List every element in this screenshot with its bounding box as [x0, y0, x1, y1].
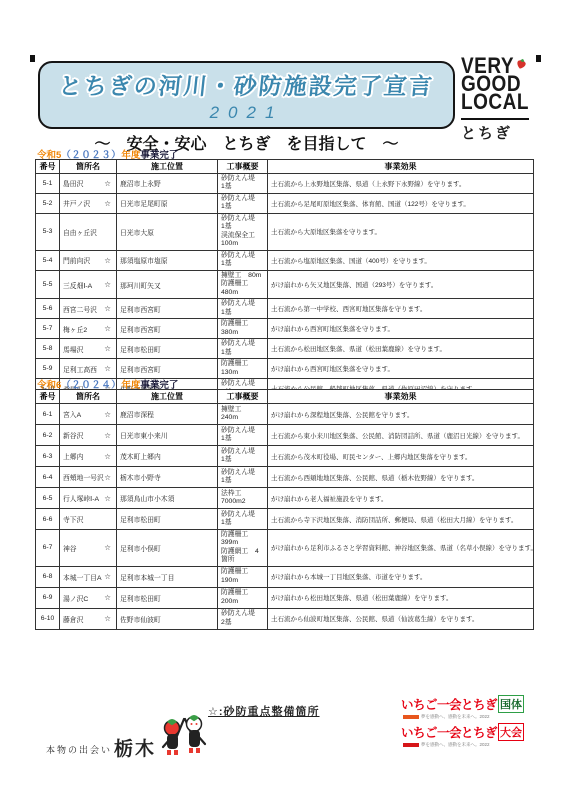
- project-effect: 土石流から西頬地地区集落、公民館、県道（栃木佐野線）を守ります。: [268, 467, 534, 488]
- construction-location: 那須塩原市塩原: [117, 250, 218, 270]
- star-icon: ☆: [104, 431, 113, 440]
- site-name-cell: 上郷内☆: [60, 446, 117, 467]
- vgl-region-text: とちぎ: [461, 122, 539, 143]
- site-name-cell: 新谷沢☆: [60, 425, 117, 446]
- project-effect: がけ崩れから足利市ふるさと学習資料館、神谷地区集落、県道（名草小俣線）を守ります…: [268, 530, 534, 567]
- table-row: 5-8馬場沢☆足利市松田町砂防えん堤 1基土石流から松田地区集落、県道（松田葉鹿…: [36, 339, 534, 359]
- project-effect: 土石流から東小来川地区集落、公民館、消防団詰所、県道（鹿沼日光線）を守ります。: [268, 425, 534, 446]
- table-row: 6-1宮入A☆鹿沼市深程擁壁工 240mがけ崩れから深程地区集落、公民館を守りま…: [36, 404, 534, 425]
- work-summary: 砂防えん堤 1基: [218, 467, 268, 488]
- work-summary: 砂防えん堤 1基: [218, 299, 268, 319]
- project-effect: がけ崩れから松田地区集落、県道（松田葉鹿線）を守ります。: [268, 587, 534, 608]
- table-row: 6-10藤倉沢☆佐野市仙波町砂防えん堤 2基土石流から仙波町地区集落、公民館、県…: [36, 608, 534, 629]
- project-effect: 土石流から茂木町役場、町民センター、上郷内地区集落を守ります。: [268, 446, 534, 467]
- construction-location: 足利市松田町: [117, 509, 218, 530]
- star-icon: ☆: [104, 304, 113, 313]
- site-name-cell: 井戸ノ沢☆: [60, 193, 117, 213]
- brand-name: 栃木: [114, 734, 156, 761]
- work-summary: 砂防えん堤 1基: [218, 250, 268, 270]
- site-name-cell: 寺下沢: [60, 509, 117, 530]
- table-row: 6-8本城一丁目A☆足利市本城一丁目防護柵工 190mがけ崩れから本城一丁目地区…: [36, 566, 534, 587]
- star-icon: ☆: [104, 543, 113, 552]
- site-name-cell: 梅ヶ丘2☆: [60, 319, 117, 339]
- project-effect: 土石流から第一中学校、西宮町地区集落を守ります。: [268, 299, 534, 319]
- site-name-cell: 西頬地一号沢☆: [60, 467, 117, 488]
- site-name: 門前向沢: [63, 255, 90, 265]
- site-name-cell: 神谷☆: [60, 530, 117, 567]
- work-summary: 防護柵工 200m: [218, 587, 268, 608]
- table-row: 5-1島田沢☆鹿沼市上永野砂防えん堤 1基土石流から上永野地区集落、県道（上永野…: [36, 174, 534, 194]
- site-name: 神谷: [63, 543, 77, 553]
- row-number: 5-5: [36, 270, 60, 298]
- construction-location: 鹿沼市深程: [117, 404, 218, 425]
- site-name: 西宮二号沢: [63, 304, 97, 314]
- project-effect: 土石流から塩原地区集落、国道（400号）を守ります。: [268, 250, 534, 270]
- table-row: 6-2新谷沢☆日光市東小来川砂防えん堤 1基土石流から東小来川地区集落、公民館、…: [36, 425, 534, 446]
- project-effect: 土石流から大原地区集落を守ります。: [268, 213, 534, 250]
- construction-location: 日光市東小来川: [117, 425, 218, 446]
- table-header-row: 番号箇所名施工位置工事概要事業効果: [36, 390, 534, 404]
- construction-location: 茂木町上郷内: [117, 446, 218, 467]
- row-number: 5-7: [36, 319, 60, 339]
- row-number: 6-3: [36, 446, 60, 467]
- tochigi-brand-logo: 本物の出会い 栃木: [46, 706, 209, 761]
- project-effect: 土石流から寺下沢地区集落、消防団詰所、郵便局、県道（松田大月線）を守ります。: [268, 509, 534, 530]
- construction-location: 足利市西宮町: [117, 359, 218, 379]
- column-header: 工事概要: [218, 160, 268, 174]
- site-name-cell: 自由ヶ丘沢: [60, 213, 117, 250]
- table-row: 6-9湯ノ沢C☆足利市松田町防護柵工 200mがけ崩れから松田地区集落、県道（松…: [36, 587, 534, 608]
- construction-location: 足利市松田町: [117, 587, 218, 608]
- work-summary: 防護柵工 190m: [218, 566, 268, 587]
- construction-location: 佐野市仙波町: [117, 608, 218, 629]
- taikai-suffix: 大会: [498, 723, 524, 741]
- column-header: 施工位置: [117, 160, 218, 174]
- site-name: 自由ヶ丘沢: [63, 227, 97, 237]
- work-summary: 防護柵工 399m 防護網工 4箇所: [218, 530, 268, 567]
- kokutai-logo-text: いちご一会とちぎ: [401, 695, 497, 713]
- sabo-priority-legend: ☆:砂防重点整備箇所: [208, 703, 320, 719]
- site-name: 上郷内: [63, 451, 83, 461]
- kokutai-slogan: 夢を感動へ、感動を未来へ。2022: [421, 714, 490, 720]
- site-name: 西頬地一号沢: [63, 472, 104, 482]
- row-number: 6-7: [36, 530, 60, 567]
- row-number: 6-1: [36, 404, 60, 425]
- column-header: 事業効果: [268, 160, 534, 174]
- row-number: 5-6: [36, 299, 60, 319]
- project-effect: 土石流から仙波町地区集落、公民館、県道（仙波葛生線）を守ります。: [268, 608, 534, 629]
- site-name-cell: 湯ノ沢C☆: [60, 587, 117, 608]
- row-number: 5-8: [36, 339, 60, 359]
- vgl-local-text: LOCAL: [461, 93, 539, 113]
- table-row: 5-2井戸ノ沢☆日光市足尾町原砂防えん堤 1基土石流から足尾町原地区集落、体育館…: [36, 193, 534, 213]
- site-name: 島田沢: [63, 178, 83, 188]
- row-number: 5-3: [36, 213, 60, 250]
- site-name: 宮入A: [63, 409, 81, 419]
- work-summary: 砂防えん堤 1基: [218, 339, 268, 359]
- column-header: 番号: [36, 160, 60, 174]
- table-row: 5-7梅ヶ丘2☆足利市西宮町防護柵工 380mがけ崩れから西宮町地区集落を守りま…: [36, 319, 534, 339]
- site-name-cell: 三反畑Ⅰ-A☆: [60, 270, 117, 298]
- table-row: 5-9足利工高西☆足利市西宮町防護柵工 130mがけ崩れから西宮町地区集落を守り…: [36, 359, 534, 379]
- star-icon: ☆: [104, 593, 113, 602]
- site-name: 藤倉沢: [63, 614, 83, 624]
- row-number: 6-4: [36, 467, 60, 488]
- site-name: 行人塚峠Ⅰ-A: [63, 493, 99, 503]
- project-effect: がけ崩れから西宮町地区集落を守ります。: [268, 319, 534, 339]
- star-icon: ☆: [104, 256, 113, 265]
- site-name: 馬場沢: [63, 344, 83, 354]
- work-summary: 砂防えん堤 1基: [218, 425, 268, 446]
- construction-location: 那須烏山市小木須: [117, 488, 218, 509]
- work-summary: 擁壁工 240m: [218, 404, 268, 425]
- taikai-logo-text: いちご一会とちぎ: [401, 723, 497, 741]
- row-number: 5-1: [36, 174, 60, 194]
- site-name-cell: 馬場沢☆: [60, 339, 117, 359]
- site-name-cell: 本城一丁目A☆: [60, 566, 117, 587]
- column-header: 施工位置: [117, 390, 218, 404]
- table-row: 5-6西宮二号沢☆足利市西宮町砂防えん堤 1基土石流から第一中学校、西宮町地区集…: [36, 299, 534, 319]
- star-icon: ☆: [104, 452, 113, 461]
- column-header: 事業効果: [268, 390, 534, 404]
- projects-table-2024: 番号箇所名施工位置工事概要事業効果 6-1宮入A☆鹿沼市深程擁壁工 240mがけ…: [35, 389, 534, 630]
- row-number: 6-10: [36, 608, 60, 629]
- table-row: 6-4西頬地一号沢☆栃木市小野寺砂防えん堤 1基土石流から西頬地地区集落、公民館…: [36, 467, 534, 488]
- work-summary: 防護柵工 380m: [218, 319, 268, 339]
- site-name-cell: 宮入A☆: [60, 404, 117, 425]
- construction-location: 那珂川町矢又: [117, 270, 218, 298]
- title-banner: とちぎの河川・砂防施設完了宣言 2021: [38, 61, 455, 129]
- site-name-cell: 島田沢☆: [60, 174, 117, 194]
- taikai-logo: いちご一会とちぎ 大会 夢を感動へ、感動を未来へ。2022: [401, 723, 541, 748]
- row-number: 6-9: [36, 587, 60, 608]
- project-effect: がけ崩れから老人福祉施設を守ります。: [268, 488, 534, 509]
- work-summary: 砂防えん堤 1基: [218, 193, 268, 213]
- ichigo-ichie-logos: いちご一会とちぎ 国体 夢を感動へ、感動を未来へ。2022 いちご一会とちぎ 大…: [401, 695, 541, 751]
- site-name-cell: 足利工高西☆: [60, 359, 117, 379]
- row-number: 6-2: [36, 425, 60, 446]
- site-name: 井戸ノ沢: [63, 198, 90, 208]
- work-summary: 擁壁工 80m 防護柵工 480m: [218, 270, 268, 298]
- site-name: 寺下沢: [63, 514, 83, 524]
- star-icon: ☆: [104, 614, 113, 623]
- column-header: 工事概要: [218, 390, 268, 404]
- row-number: 5-2: [36, 193, 60, 213]
- row-number: 5-4: [36, 250, 60, 270]
- star-icon: ☆: [104, 473, 113, 482]
- row-number: 6-8: [36, 566, 60, 587]
- star-icon: ☆: [104, 344, 113, 353]
- work-summary: 防護柵工 130m: [218, 359, 268, 379]
- brand-tagline: 本物の出会い: [46, 743, 112, 756]
- project-effect: がけ崩れから西宮町地区集落を守ります。: [268, 359, 534, 379]
- site-name-cell: 行人塚峠Ⅰ-A☆: [60, 488, 117, 509]
- star-icon: ☆: [104, 324, 113, 333]
- work-summary: 砂防えん堤 2基: [218, 608, 268, 629]
- print-corner-mark-left: [30, 55, 35, 62]
- table-header-row: 番号箇所名施工位置工事概要事業効果: [36, 160, 534, 174]
- project-effect: がけ崩れから本城一丁目地区集落、市道を守ります。: [268, 566, 534, 587]
- star-icon: ☆: [104, 199, 113, 208]
- projects-table-2023: 番号箇所名施工位置工事概要事業効果 5-1島田沢☆鹿沼市上永野砂防えん堤 1基土…: [35, 159, 534, 399]
- page-title-year: 2021: [210, 103, 284, 123]
- construction-location: 鹿沼市上永野: [117, 174, 218, 194]
- column-header: 番号: [36, 390, 60, 404]
- star-icon: ☆: [104, 179, 113, 188]
- table-row: 6-7神谷☆足利市小俣町防護柵工 399m 防護網工 4箇所がけ崩れから足利市ふ…: [36, 530, 534, 567]
- star-icon: ☆: [104, 410, 113, 419]
- construction-location: 栃木市小野寺: [117, 467, 218, 488]
- construction-location: 足利市松田町: [117, 339, 218, 359]
- row-number: 6-6: [36, 509, 60, 530]
- construction-location: 足利市西宮町: [117, 299, 218, 319]
- work-summary: 砂防えん堤 1基: [218, 509, 268, 530]
- very-good-local-logo: VERY GOOD LOCAL とちぎ: [461, 57, 539, 143]
- construction-location: 足利市西宮町: [117, 319, 218, 339]
- site-name: 三反畑Ⅰ-A: [63, 280, 92, 290]
- construction-location: 足利市小俣町: [117, 530, 218, 567]
- site-name-cell: 西宮二号沢☆: [60, 299, 117, 319]
- project-effect: 土石流から上永野地区集落、県道（上永野下永野線）を守ります。: [268, 174, 534, 194]
- project-effect: がけ崩れから深程地区集落、公民館を守ります。: [268, 404, 534, 425]
- table-row: 6-3上郷内☆茂木町上郷内砂防えん堤 1基土石流から茂木町役場、町民センター、上…: [36, 446, 534, 467]
- table-row: 5-4門前向沢☆那須塩原市塩原砂防えん堤 1基土石流から塩原地区集落、国道（40…: [36, 250, 534, 270]
- work-summary: 砂防えん堤 1基: [218, 174, 268, 194]
- column-header: 箇所名: [60, 390, 117, 404]
- kokutai-suffix: 国体: [498, 695, 524, 713]
- document-page: とちぎの河川・砂防施設完了宣言 2021 VERY GOOD LOCAL とちぎ…: [0, 0, 566, 800]
- page-title: とちぎの河川・砂防施設完了宣言: [57, 68, 435, 101]
- project-effect: 土石流から松田地区集落、県道（松田葉鹿線）を守ります。: [268, 339, 534, 359]
- construction-location: 日光市大原: [117, 213, 218, 250]
- vgl-underline: [461, 118, 529, 120]
- star-icon: ☆: [104, 494, 113, 503]
- kokutai-logo: いちご一会とちぎ 国体 夢を感動へ、感動を未来へ。2022: [401, 695, 541, 720]
- work-summary: 砂防えん堤 1基: [218, 446, 268, 467]
- kokutai-tag-icon: [403, 715, 419, 720]
- site-name-cell: 藤倉沢☆: [60, 608, 117, 629]
- table-row: 6-6寺下沢足利市松田町砂防えん堤 1基土石流から寺下沢地区集落、消防団詰所、郵…: [36, 509, 534, 530]
- work-summary: 法枠工 7000m2: [218, 488, 268, 509]
- table-row: 5-3自由ヶ丘沢日光市大原砂防えん堤 1基 渓流保全工 100m土石流から大原地…: [36, 213, 534, 250]
- taikai-slogan: 夢を感動へ、感動を未来へ。2022: [421, 742, 490, 748]
- mascot-characters-icon: [156, 706, 209, 761]
- work-summary: 砂防えん堤 1基 渓流保全工 100m: [218, 213, 268, 250]
- site-name: 梅ヶ丘2: [63, 324, 87, 334]
- taikai-tag-icon: [403, 743, 419, 748]
- project-effect: がけ崩れから矢又地区集落、国道（293号）を守ります。: [268, 270, 534, 298]
- row-number: 5-9: [36, 359, 60, 379]
- star-icon: ☆: [104, 572, 113, 581]
- column-header: 箇所名: [60, 160, 117, 174]
- project-effect: 土石流から足尾町原地区集落、体育館、国道（122号）を守ります。: [268, 193, 534, 213]
- site-name: 足利工高西: [63, 364, 97, 374]
- row-number: 6-5: [36, 488, 60, 509]
- site-name: 本城一丁目A: [63, 572, 102, 582]
- construction-location: 日光市足尾町原: [117, 193, 218, 213]
- construction-location: 足利市本城一丁目: [117, 566, 218, 587]
- site-name-cell: 門前向沢☆: [60, 250, 117, 270]
- site-name: 新谷沢: [63, 430, 83, 440]
- star-icon: ☆: [104, 364, 113, 373]
- table-row: 6-5行人塚峠Ⅰ-A☆那須烏山市小木須法枠工 7000m2がけ崩れから老人福祉施…: [36, 488, 534, 509]
- star-icon: ☆: [104, 280, 113, 289]
- table-row: 5-5三反畑Ⅰ-A☆那珂川町矢又擁壁工 80m 防護柵工 480mがけ崩れから矢…: [36, 270, 534, 298]
- site-name: 湯ノ沢C: [63, 593, 88, 603]
